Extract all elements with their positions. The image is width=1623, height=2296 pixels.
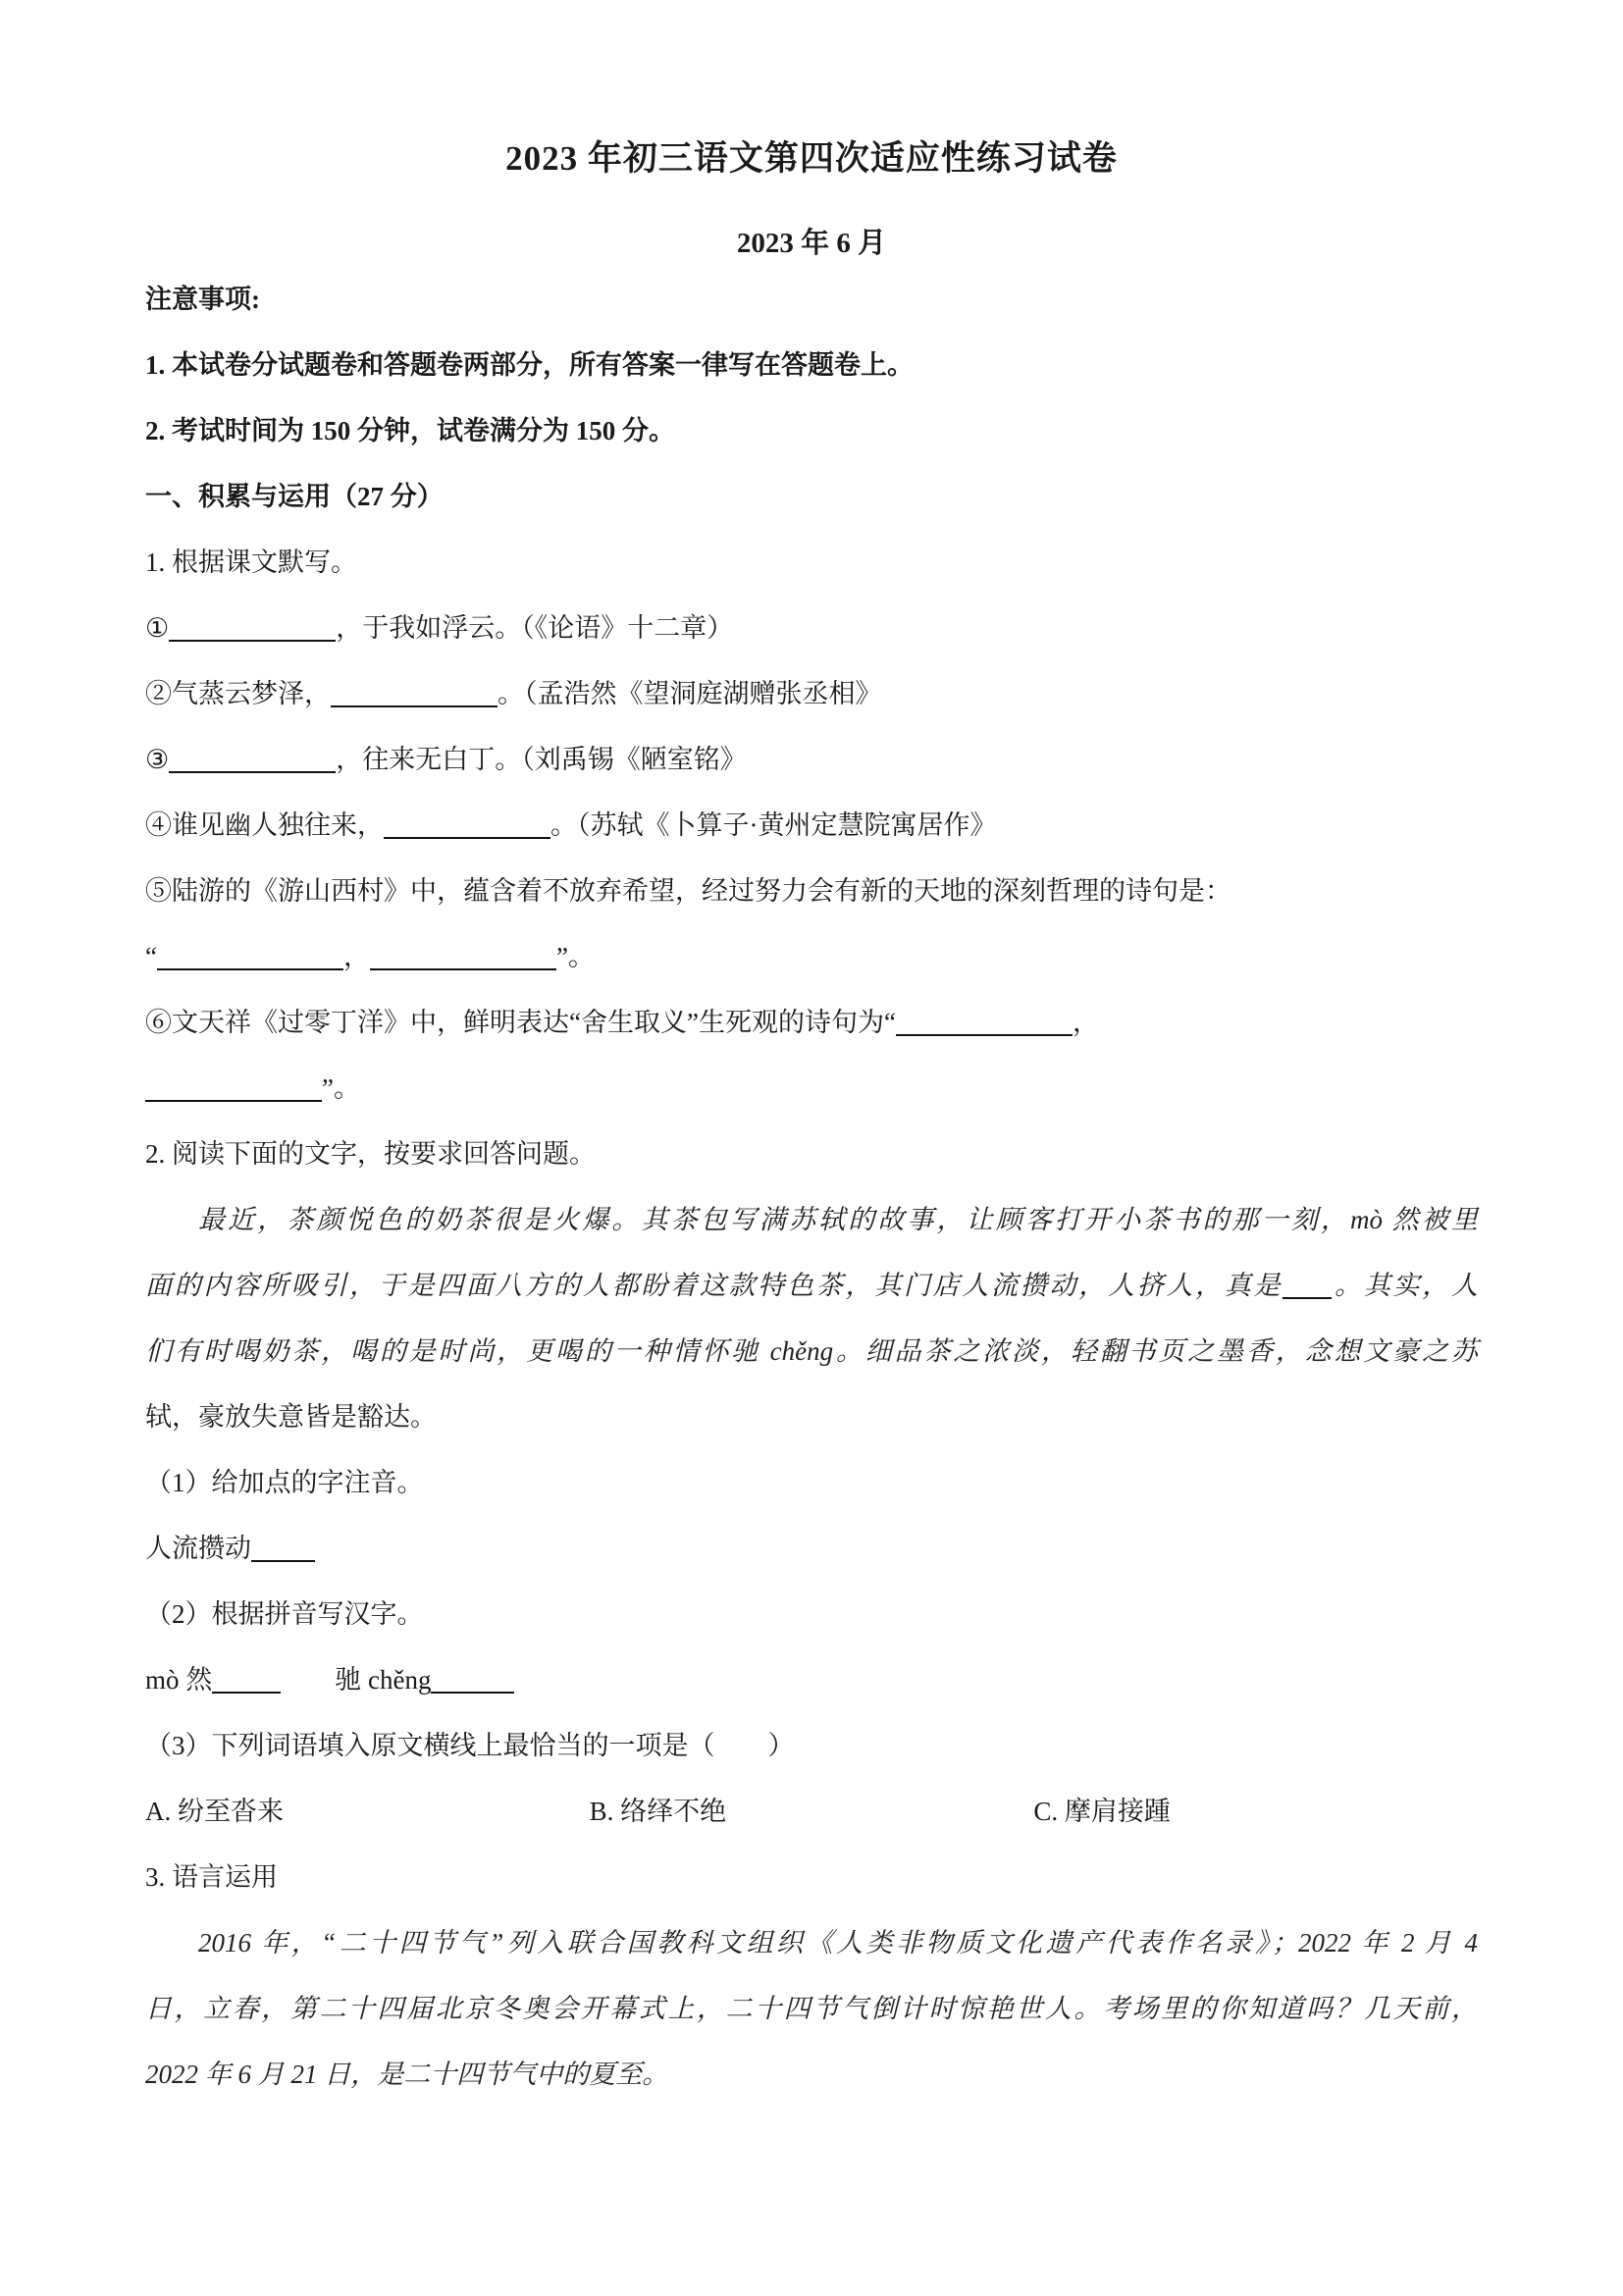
item-text-post: 。（孟浩然《望洞庭湖赠张丞相》: [497, 679, 882, 708]
passage-line-2: 面的内容所吸引，于是四面八方的人都盼着这款特色茶，其门店人流攒动，人挤人，真是。…: [145, 1253, 1478, 1319]
q1-label: 1. 根据课文默写。: [145, 530, 1478, 596]
q2-sub2-terms: mò 然驰 chěng: [145, 1647, 1478, 1713]
answer-blank: [431, 1666, 514, 1694]
section-heading: 一、积累与运用（27 分）: [145, 464, 1478, 530]
item-text-pre: ⑥文天祥《过零丁洋》中，鲜明表达“舍生取义”生死观的诗句为“: [145, 1008, 896, 1037]
quote-open: “: [145, 942, 157, 971]
term-text: 驰 chěng: [335, 1665, 431, 1695]
passage-line-3: 们有时喝奶茶，喝的是时尚，更喝的一种情怀驰 chěng。细品茶之浓淡，轻翻书页之…: [145, 1319, 1478, 1384]
term-text: mò 然: [145, 1665, 212, 1695]
answer-blank: [212, 1666, 281, 1694]
answer-blank: [1283, 1272, 1332, 1299]
passage-line-1: 最近，茶颜悦色的奶茶很是火爆。其茶包写满苏轼的故事，让顾客打开小茶书的那一刻，m…: [145, 1187, 1478, 1253]
answer-blank: [370, 943, 556, 970]
exam-date: 2023 年 6 月: [145, 220, 1478, 267]
option-row: A. 纷至沓来 B. 络绎不绝 C. 摩肩接踵: [145, 1779, 1478, 1845]
option-c: C. 摩肩接踵: [1033, 1779, 1478, 1845]
answer-blank: [896, 1009, 1073, 1036]
q3-passage-line-2: 日，立春，第二十四届北京冬奥会开幕式上，二十四节气倒计时惊艳世人。考场里的你知道…: [145, 1976, 1478, 2042]
dictation-item-5-blanks: “，”。: [145, 924, 1478, 990]
q2-sub3-label: （3）下列词语填入原文横线上最恰当的一项是（ ）: [145, 1713, 1478, 1779]
q2-sub1-label: （1）给加点的字注音。: [145, 1450, 1478, 1516]
dictation-item-6: ⑥文天祥《过零丁洋》中，鲜明表达“舍生取义”生死观的诗句为“，: [145, 990, 1478, 1056]
q2-label: 2. 阅读下面的文字，按要求回答问题。: [145, 1122, 1478, 1187]
item-text-pre: ①: [145, 613, 169, 643]
option-a: A. 纷至沓来: [145, 1779, 590, 1845]
answer-blank: [384, 811, 550, 839]
answer-blank: [145, 1074, 322, 1102]
item-text-pre: ④谁见幽人独往来，: [145, 810, 384, 840]
answer-blank: [169, 614, 336, 642]
item-text-comma: ，: [1073, 1008, 1099, 1037]
q3-passage-line-3: 2022 年 6 月 21 日，是二十四节气中的夏至。: [145, 2042, 1478, 2108]
dictation-item-3: ③，往来无白丁。（刘禹锡《陋室铭》: [145, 727, 1478, 793]
exam-document: 2023 年初三语文第四次适应性练习试卷 2023 年 6 月 注意事项: 1.…: [0, 0, 1623, 2108]
term-text: 人流攒动: [145, 1534, 251, 1563]
q2-sub2-label: （2）根据拼音写汉字。: [145, 1582, 1478, 1647]
q2-sub1-term: 人流攒动: [145, 1516, 1478, 1582]
answer-blank: [169, 746, 336, 773]
quote-close: ”。: [556, 942, 595, 971]
dictation-item-1: ①，于我如浮云。（《论语》十二章）: [145, 596, 1478, 661]
q3-passage-line-1: 2016 年，“二十四节气”列入联合国教科文组织《人类非物质文化遗产代表作名录》…: [145, 1910, 1478, 1976]
passage-text-post: 。其实，人: [1332, 1271, 1478, 1300]
notice-item-1: 1. 本试卷分试题卷和答题卷两部分，所有答案一律写在答题卷上。: [145, 333, 1478, 398]
dictation-item-2: ②气蒸云梦泽，。（孟浩然《望洞庭湖赠张丞相》: [145, 661, 1478, 727]
item-text-comma: ，: [343, 942, 370, 971]
quote-close: ”。: [322, 1073, 360, 1103]
page-title: 2023 年初三语文第四次适应性练习试卷: [145, 135, 1478, 183]
item-text-post: ，于我如浮云。（《论语》十二章）: [336, 613, 733, 643]
item-text-pre: ②气蒸云梦泽，: [145, 679, 331, 708]
dictation-item-5: ⑤陆游的《游山西村》中，蕴含着不放弃希望，经过努力会有新的天地的深刻哲理的诗句是…: [145, 859, 1478, 924]
option-b: B. 络绎不绝: [590, 1779, 1034, 1845]
passage-text-pre: 面的内容所吸引，于是四面八方的人都盼着这款特色茶，其门店人流攒动，人挤人，真是: [145, 1271, 1283, 1300]
notice-heading: 注意事项:: [145, 267, 1478, 333]
notice-item-2: 2. 考试时间为 150 分钟，试卷满分为 150 分。: [145, 398, 1478, 464]
item-text-post: ，往来无白丁。（刘禹锡《陋室铭》: [336, 745, 747, 774]
item-text-pre: ③: [145, 745, 169, 774]
dictation-item-4: ④谁见幽人独往来，。（苏轼《卜算子·黄州定慧院寓居作》: [145, 793, 1478, 859]
answer-blank: [157, 943, 343, 970]
q3-label: 3. 语言运用: [145, 1845, 1478, 1910]
item-text-post: 。（苏轼《卜算子·黄州定慧院寓居作》: [550, 810, 997, 840]
dictation-item-6-continued: ”。: [145, 1056, 1478, 1122]
passage-line-4: 轼，豪放失意皆是豁达。: [145, 1384, 1478, 1450]
answer-blank: [331, 680, 497, 707]
answer-blank: [251, 1535, 315, 1562]
